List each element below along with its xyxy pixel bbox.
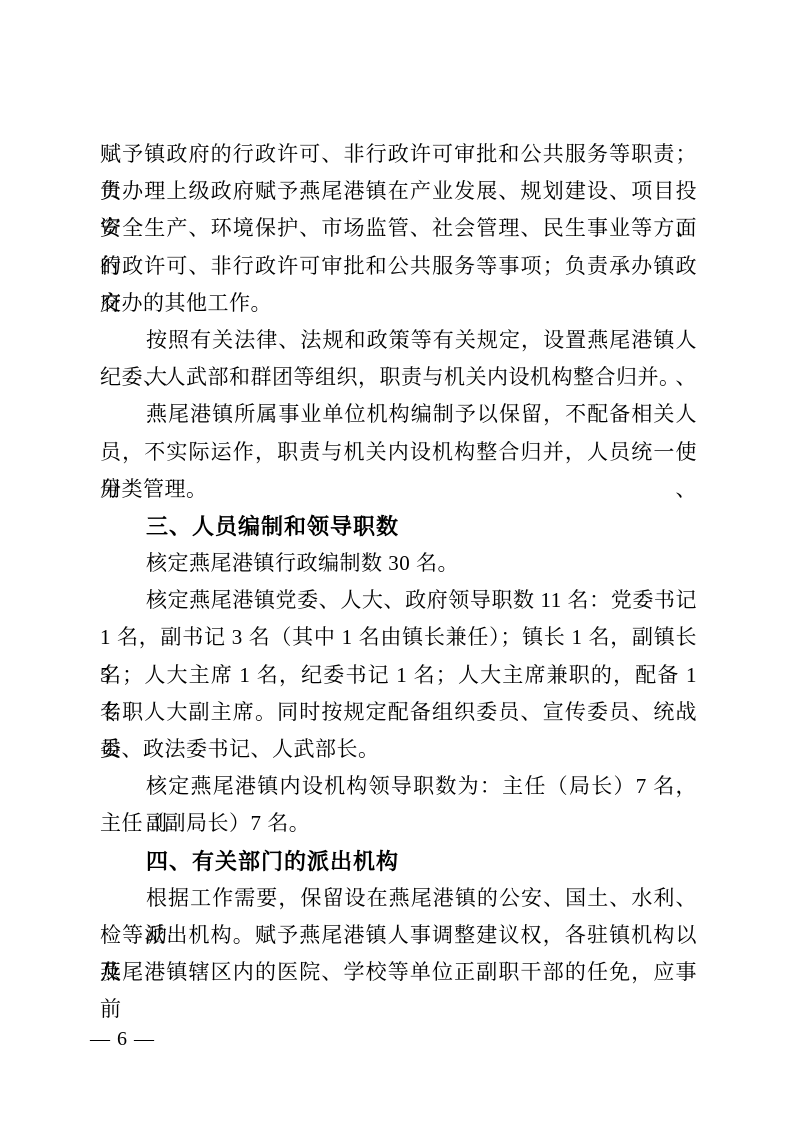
text-line: 员、政法委书记、人武部长。 [100, 731, 697, 768]
text-line: 名；人大主席 1 名，纪委书记 1 名；人大主席兼职的，配备 1 名 [100, 657, 697, 694]
text-line: 纪委、人武部和群团等组织，职责与机关内设机构整合归并。 [100, 359, 697, 396]
text-line: 专职人大副主席。同时按规定配备组织委员、宣传委员、统战委 [100, 694, 697, 731]
text-line: 燕尾港镇所属事业单位机构编制予以保留，不配备相关人 [100, 396, 697, 433]
section-heading: 四、有关部门的派出机构 [100, 843, 697, 880]
text-line: 1 名，副书记 3 名（其中 1 名由镇长兼任）；镇长 1 名，副镇长 5 [100, 619, 697, 656]
section-heading: 三、人员编制和领导职数 [100, 508, 697, 545]
text-line: 检等派出机构。赋予燕尾港镇人事调整建议权，各驻镇机构以及 [100, 917, 697, 954]
text-line: 燕尾港镇辖区内的医院、学校等单位正副职干部的任免，应事前 [100, 954, 697, 991]
text-line: 员，不实际运作，职责与机关内设机构整合归并，人员统一使用、 [100, 434, 697, 471]
text-line: 责办理上级政府赋予燕尾港镇在产业发展、规划建设、项目投资、 [100, 173, 697, 210]
text-line: 赋予镇政府的行政许可、非行政许可审批和公共服务等职责；负 [100, 136, 697, 173]
page-number: — 6 — [90, 1024, 155, 1054]
document-page: 赋予镇政府的行政许可、非行政许可审批和公共服务等职责；负责办理上级政府赋予燕尾港… [0, 0, 794, 1123]
text-line: 根据工作需要，保留设在燕尾港镇的公安、国土、水利、动 [100, 880, 697, 917]
text-line: 行政许可、非行政许可审批和公共服务等事项；负责承办镇政府 [100, 248, 697, 285]
text-line: 交办的其他工作。 [100, 285, 697, 322]
text-line: 按照有关法律、法规和政策等有关规定，设置燕尾港镇人大、 [100, 322, 697, 359]
text-line: 核定燕尾港镇内设机构领导职数为：主任（局长）7 名，副 [100, 768, 697, 805]
text-line: 安全生产、环境保护、市场监管、社会管理、民生事业等方面的 [100, 210, 697, 247]
text-line: 核定燕尾港镇行政编制数 30 名。 [100, 545, 697, 582]
text-line: 核定燕尾港镇党委、人大、政府领导职数 11 名：党委书记 [100, 582, 697, 619]
text-line: 主任（副局长）7 名。 [100, 805, 697, 842]
document-body: 赋予镇政府的行政许可、非行政许可审批和公共服务等职责；负责办理上级政府赋予燕尾港… [100, 136, 697, 991]
